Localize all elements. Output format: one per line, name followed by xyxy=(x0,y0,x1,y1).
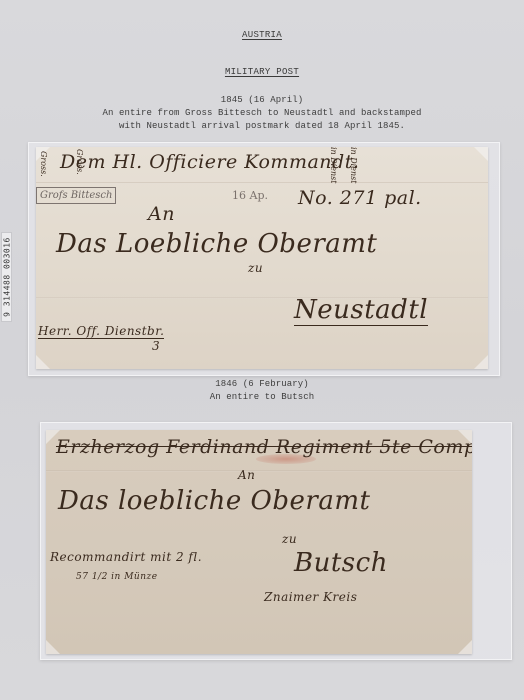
barcode-label: 9 314488 003016 xyxy=(1,232,12,322)
service-note: Herr. Off. Dienstbr. xyxy=(38,324,164,339)
item1-description-line2: with Neustadtl arrival postmark dated 18… xyxy=(0,120,524,133)
item2-cover: Erzherzog Ferdinand Regiment 5te Compagn… xyxy=(46,430,472,654)
margin-note: Gross. xyxy=(39,151,48,177)
mount-corner xyxy=(458,640,472,654)
section-heading: MILITARY POST xyxy=(0,67,524,77)
item1-date: 1845 (16 April) xyxy=(0,94,524,107)
fee-note: 57 1/2 in Münze xyxy=(76,572,158,582)
addressee-line: Dem Hl. Officiere Kommandt. xyxy=(60,151,359,173)
item2-caption: 1846 (6 February) An entire to Butsch xyxy=(0,378,524,404)
destination: Neustadtl xyxy=(294,295,428,326)
mount-corner xyxy=(36,355,50,369)
item1-caption: 1845 (16 April) An entire from Gross Bit… xyxy=(0,94,524,133)
registered-note: Recommandirt mit 2 fl. xyxy=(50,550,202,564)
country-heading: AUSTRIA xyxy=(0,30,524,40)
country-heading-text: AUSTRIA xyxy=(242,30,282,40)
number-note: No. 271 pal. xyxy=(298,187,422,209)
album-page: 9 314488 003016 AUSTRIA MILITARY POST 18… xyxy=(0,0,524,700)
zu-line: zu xyxy=(282,532,297,546)
item1-cover: Gross. Gross. in Dienst in Dienst Dem Hl… xyxy=(36,147,488,369)
barcode-number: 9 314488 003016 xyxy=(2,237,11,317)
an-line: An xyxy=(148,203,175,225)
sender-line: Erzherzog Ferdinand Regiment 5te Compagn… xyxy=(56,436,472,458)
section-heading-text: MILITARY POST xyxy=(225,67,299,77)
zu-line: zu xyxy=(248,261,263,275)
fold-line xyxy=(36,182,488,184)
district-line: Znaimer Kreis xyxy=(264,590,357,604)
an-line: An xyxy=(238,468,255,482)
address-line: Das loebliche Oberamt xyxy=(58,486,370,516)
mount-corner xyxy=(46,640,60,654)
service-mark: 3 xyxy=(152,339,160,353)
item2-description-line1: An entire to Butsch xyxy=(0,391,524,404)
mount-corner xyxy=(474,355,488,369)
item2-date: 1846 (6 February) xyxy=(0,378,524,391)
item1-description-line1: An entire from Gross Bittesch to Neustad… xyxy=(0,107,524,120)
fold-line xyxy=(46,470,472,472)
arrival-postmark: 16 Ap. xyxy=(232,189,268,202)
destination: Butsch xyxy=(294,548,388,578)
mount-corner xyxy=(474,147,488,161)
origin-cachet: Grofs Bittesch xyxy=(36,187,116,204)
address-line: Das Loebliche Oberamt xyxy=(56,229,377,259)
